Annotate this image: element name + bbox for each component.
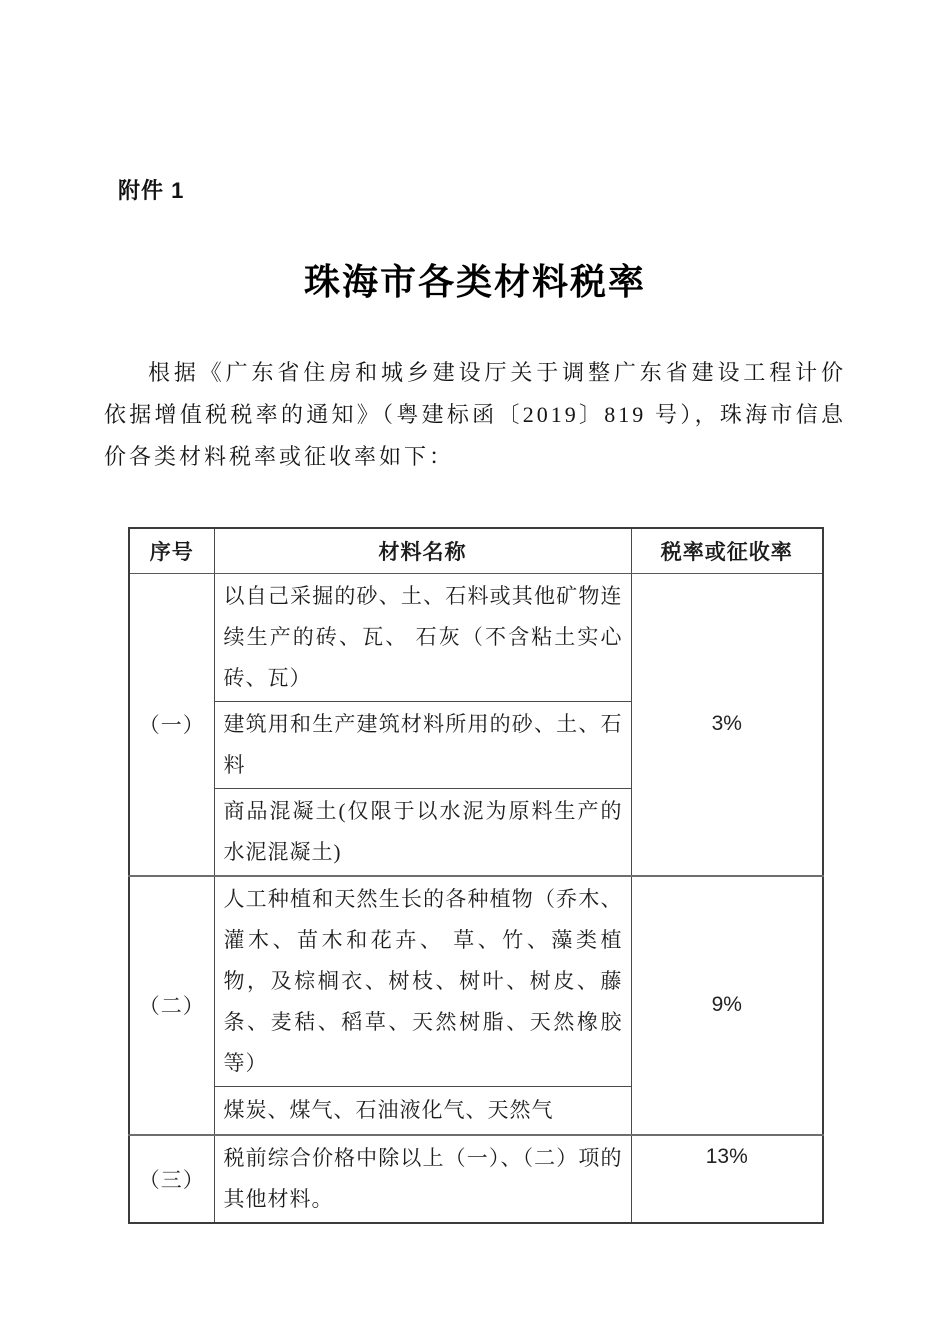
table-row: （二） 人工种植和天然生长的各种植物（乔木、灌木、苗木和花卉、 草、竹、藻类植物… — [129, 876, 823, 1087]
tax-rate-table: 序号 材料名称 税率或征收率 （一） 以自己采掘的砂、土、石料或其他矿物连续生产… — [128, 527, 824, 1224]
table-row: （三） 税前综合价格中除以上（一）、（二）项的其他材料。 13% — [129, 1135, 823, 1223]
page-title: 珠海市各类材料税率 — [0, 254, 950, 305]
material-cell: 建筑用和生产建筑材料所用的砂、土、石料 — [214, 701, 631, 788]
rate-cell-group-2: 9% — [631, 876, 823, 1136]
material-cell: 人工种植和天然生长的各种植物（乔木、灌木、苗木和花卉、 草、竹、藻类植物，及棕榈… — [214, 876, 631, 1087]
attachment-label: 附件 1 — [118, 174, 184, 205]
header-cell-serial: 序号 — [129, 528, 214, 573]
rate-cell-group-3: 13% — [631, 1135, 823, 1223]
serial-cell-group-2: （二） — [129, 876, 214, 1136]
intro-paragraph: 根据《广东省住房和城乡建设厅关于调整广东省建设工程计价依据增值税税率的通知》（粤… — [104, 352, 846, 478]
serial-cell-group-3: （三） — [129, 1135, 214, 1223]
rate-cell-group-1: 3% — [631, 573, 823, 876]
serial-cell-group-1: （一） — [129, 573, 214, 876]
material-cell: 煤炭、煤气、石油液化气、天然气 — [214, 1086, 631, 1135]
header-cell-material: 材料名称 — [214, 528, 631, 573]
table-row: （一） 以自己采掘的砂、土、石料或其他矿物连续生产的砖、瓦、 石灰（不含粘土实心… — [129, 573, 823, 701]
document-page: 附件 1 珠海市各类材料税率 根据《广东省住房和城乡建设厅关于调整广东省建设工程… — [0, 0, 950, 1344]
table-header-row: 序号 材料名称 税率或征收率 — [129, 528, 823, 573]
material-cell: 税前综合价格中除以上（一）、（二）项的其他材料。 — [214, 1135, 631, 1223]
material-cell: 商品混凝土(仅限于以水泥为原料生产的水泥混凝土) — [214, 788, 631, 876]
header-cell-rate: 税率或征收率 — [631, 528, 823, 573]
material-cell: 以自己采掘的砂、土、石料或其他矿物连续生产的砖、瓦、 石灰（不含粘土实心砖、瓦） — [214, 573, 631, 701]
